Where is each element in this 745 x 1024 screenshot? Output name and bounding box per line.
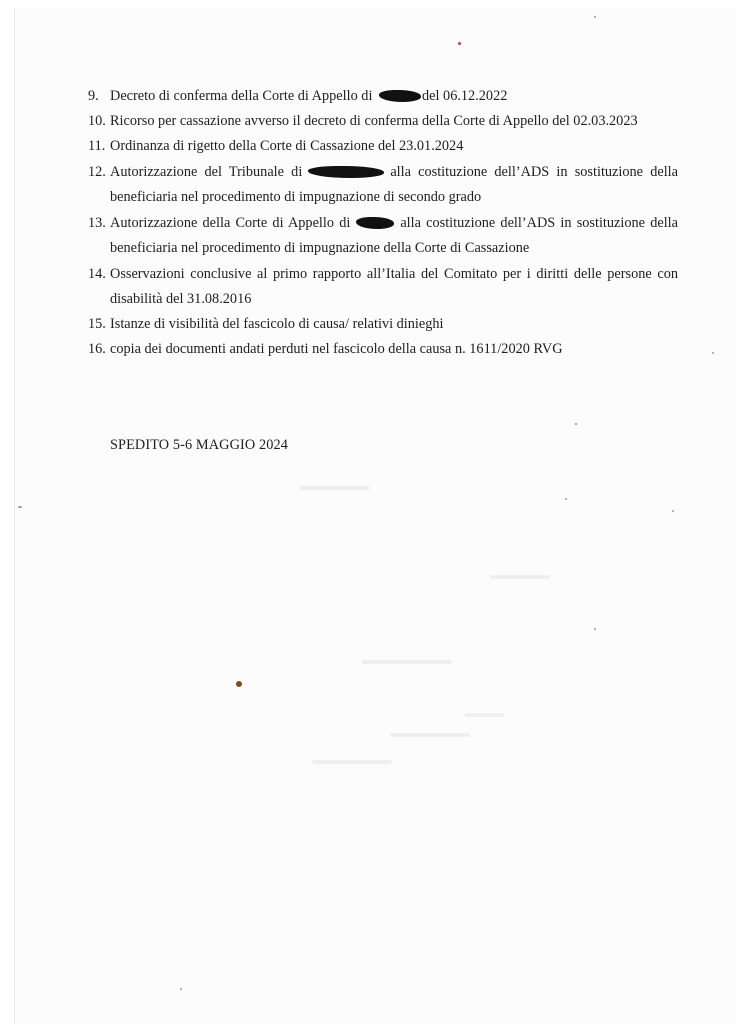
item-text-continuation: beneficiaria nel procedimento di impugna…	[110, 185, 678, 210]
item-number: 13.	[88, 211, 106, 236]
item-number: 11.	[88, 134, 105, 159]
item-text: alla costituzione dell’ADS in sostituzio…	[400, 215, 678, 231]
scan-speck	[458, 42, 461, 45]
redaction-mark	[356, 217, 394, 229]
list-item: 12. Autorizzazione del Tribunale dialla …	[88, 160, 678, 210]
item-text: copia dei documenti andati perduti nel f…	[110, 337, 678, 362]
bleed-through-mark	[465, 713, 505, 717]
scan-speck	[575, 423, 577, 425]
item-text: Autorizzazione della Corte di Appello di	[110, 215, 350, 231]
list-item: 15. Istanze di visibilità del fascicolo …	[88, 312, 678, 337]
item-text: Istanze di visibilità del fascicolo di c…	[110, 312, 678, 337]
item-text: Ricorso per cassazione avverso il decret…	[110, 109, 678, 134]
list-item: 10. Ricorso per cassazione avverso il de…	[88, 109, 678, 134]
list-item: 14. Osservazioni conclusive al primo rap…	[88, 262, 678, 312]
item-text: Decreto di conferma della Corte di Appel…	[110, 88, 376, 104]
item-text-continuation: beneficiaria nel procedimento di impugna…	[110, 236, 678, 261]
attachment-list: 9. Decreto di conferma della Corte di Ap…	[88, 84, 678, 362]
ink-spot	[236, 681, 242, 687]
item-number: 12.	[88, 160, 106, 185]
list-item: 16. copia dei documenti andati perduti n…	[88, 337, 678, 362]
list-item: 9. Decreto di conferma della Corte di Ap…	[88, 84, 678, 109]
scan-speck	[712, 352, 714, 354]
item-text: alla costituzione dell’ADS in sostituzio…	[390, 164, 678, 180]
scan-speck	[594, 628, 596, 630]
bleed-through-mark	[490, 575, 550, 579]
item-text-continuation: disabilità del 31.08.2016	[110, 287, 678, 312]
redaction-mark	[379, 90, 421, 102]
scan-speck	[180, 988, 182, 990]
list-item: 11. Ordinanza di rigetto della Corte di …	[88, 134, 678, 159]
item-number: 9.	[88, 84, 99, 109]
bleed-through-mark	[300, 486, 370, 490]
bleed-through-mark	[362, 660, 452, 664]
scan-speck	[672, 510, 674, 512]
redaction-mark	[308, 166, 384, 178]
scan-speck	[565, 498, 567, 500]
item-number: 14.	[88, 262, 106, 287]
item-number: 10.	[88, 109, 106, 134]
item-text: Autorizzazione del Tribunale di	[110, 164, 302, 180]
item-text: Osservazioni conclusive al primo rapport…	[110, 262, 678, 287]
scan-speck	[18, 506, 22, 508]
item-number: 16.	[88, 337, 106, 362]
list-item: 13. Autorizzazione della Corte di Appell…	[88, 211, 678, 261]
item-text: Ordinanza di rigetto della Corte di Cass…	[110, 134, 678, 159]
item-text: del 06.12.2022	[422, 88, 507, 104]
sent-date-note: SPEDITO 5-6 MAGGIO 2024	[110, 437, 288, 454]
scan-speck	[594, 16, 596, 18]
bleed-through-mark	[312, 760, 392, 764]
item-number: 15.	[88, 312, 106, 337]
bleed-through-mark	[390, 733, 470, 737]
